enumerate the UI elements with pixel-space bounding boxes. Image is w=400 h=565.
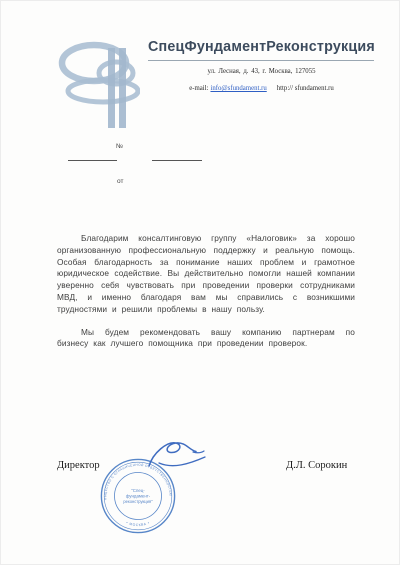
svg-text:• МОСКВА •: • МОСКВА •: [126, 521, 151, 528]
company-logo-icon: [56, 30, 140, 130]
stamp-center-line1: "Спец-: [131, 488, 145, 493]
contact-line: e-mail:info@sfundament.ruhttp:// sfundam…: [148, 85, 375, 92]
signer-name: Д.Л. Сорокин: [286, 460, 347, 471]
signer-title: Директор: [57, 460, 100, 471]
stamp-center-line3: реконструкция": [123, 499, 153, 504]
company-name: СпецФундаментРеконструкция: [148, 39, 378, 55]
paragraph-1: Благодарим консалтинговую группу «Налого…: [57, 233, 355, 316]
number-label: №: [116, 143, 123, 150]
email-label: e-mail:: [189, 85, 208, 92]
paragraph-2: Мы будем рекомендовать вашу компанию пар…: [57, 327, 355, 351]
letter-page: СпецФундаментРеконструкция ул. Лесная, д…: [0, 0, 400, 565]
date-blank-line: [152, 160, 202, 161]
letter-body: Благодарим консалтинговую группу «Налого…: [57, 233, 355, 361]
stamp-center-line2: фундамент-: [126, 494, 151, 499]
signature-scribble: [143, 436, 209, 476]
number-blank-line: [68, 160, 117, 161]
email-link: info@sfundament.ru: [210, 85, 266, 92]
date-label: от: [117, 178, 123, 185]
stamp-bottom-text: • МОСКВА •: [126, 521, 151, 528]
header-divider: [148, 60, 374, 61]
company-address: ул. Лесная, д. 43, г. Москва, 127055: [148, 68, 375, 75]
website-text: http:// sfundament.ru: [277, 85, 334, 92]
